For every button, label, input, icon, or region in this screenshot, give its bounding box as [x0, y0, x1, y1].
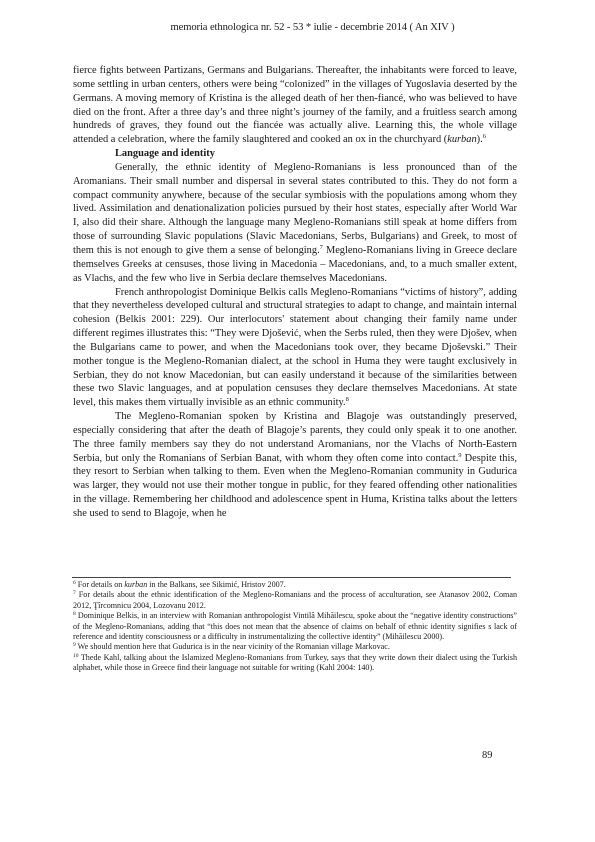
footnote-divider [72, 577, 511, 578]
paragraph-3: French anthropologist Dominique Belkis c… [73, 286, 517, 411]
footnote-ref-6[interactable]: 6 [483, 133, 486, 140]
footnotes: 6 For details on kurban in the Balkans, … [73, 580, 517, 674]
running-header: memoria ethnologica nr. 52 - 53 * iulie … [0, 22, 595, 33]
kurban-term: kurban [447, 134, 476, 145]
footnote-ref-8[interactable]: 8 [346, 396, 349, 403]
footnote-10: 10 Thede Kahl, talking about the Islamiz… [73, 653, 517, 674]
paragraph-2: Generally, the ethnic identity of Meglen… [73, 161, 517, 286]
page-number: 89 [482, 750, 492, 761]
main-text: fierce fights between Partizans, Germans… [73, 64, 517, 521]
paragraph-4: The Megleno-Romanian spoken by Kristina … [73, 410, 517, 521]
section-heading: Language and identity [73, 147, 517, 161]
footnote-6: 6 For details on kurban in the Balkans, … [73, 580, 517, 590]
footnote-8: 8 Dominique Belkis, in an interview with… [73, 611, 517, 642]
footnote-7: 7 For details about the ethnic identific… [73, 590, 517, 611]
footnote-9: 9 We should mention here that Gudurica i… [73, 642, 517, 652]
paragraph-1: fierce fights between Partizans, Germans… [73, 64, 517, 147]
